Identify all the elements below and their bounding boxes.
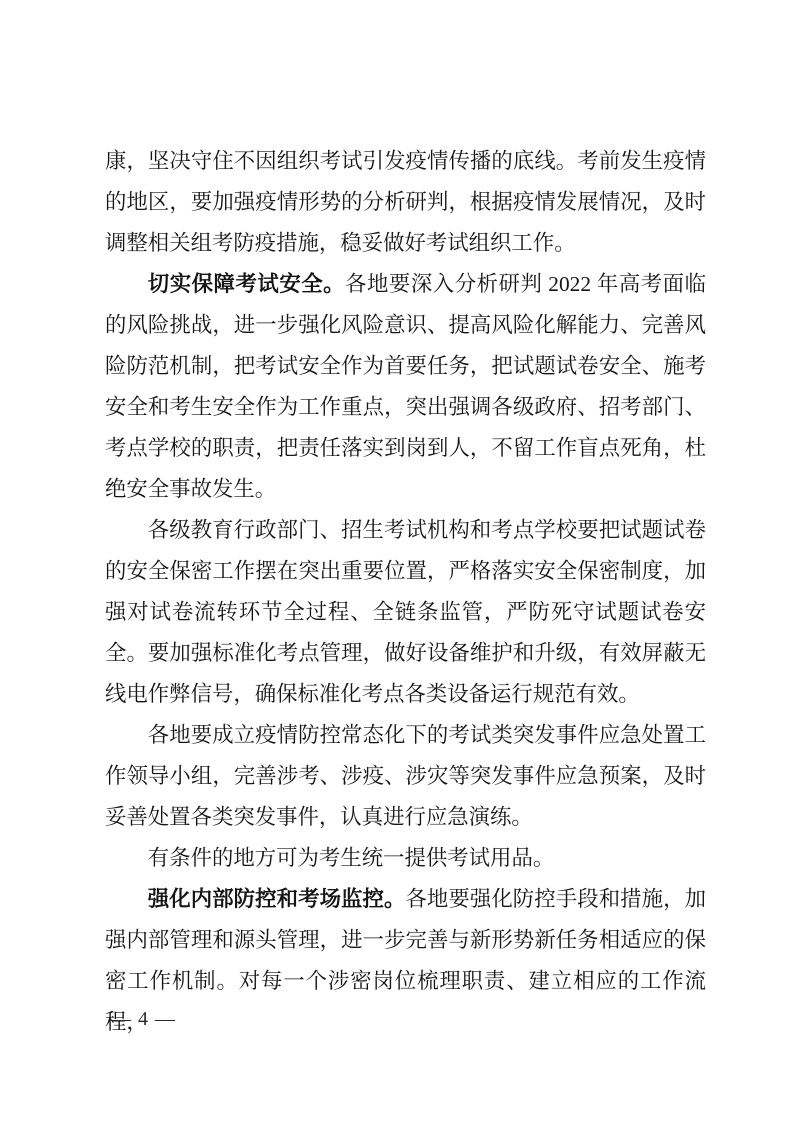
paragraph: 强化内部防控和考场监控。各地要强化防控手段和措施，加强内部管理和源头管理，进一步… xyxy=(105,879,706,1043)
page-number: — 4 — xyxy=(111,1008,176,1030)
page-footer: — 4 — xyxy=(111,1008,176,1031)
paragraph: 有条件的地方可为考生统一提供考试用品。 xyxy=(105,838,706,879)
paragraph: 切实保障考试安全。各地要深入分析研判 2022 年高考面临的风险挑战，进一步强化… xyxy=(105,264,706,510)
paragraph: 各地要成立疫情防控常态化下的考试类突发事件应急处置工作领导小组，完善涉考、涉疫、… xyxy=(105,715,706,838)
paragraph-lead: 强化内部防控和考场监控。 xyxy=(148,887,406,911)
document-page: { "page": { "background": "#ffffff", "te… xyxy=(0,0,800,1131)
paragraph: 康，坚决守住不因组织考试引发疫情传播的底线。考前发生疫情的地区，要加强疫情形势的… xyxy=(105,141,706,264)
document-body: 康，坚决守住不因组织考试引发疫情传播的底线。考前发生疫情的地区，要加强疫情形势的… xyxy=(105,141,706,1043)
paragraph: 各级教育行政部门、招生考试机构和考点学校要把试题试卷的安全保密工作摆在突出重要位… xyxy=(105,510,706,715)
paragraph-lead: 切实保障考试安全。 xyxy=(148,272,345,296)
